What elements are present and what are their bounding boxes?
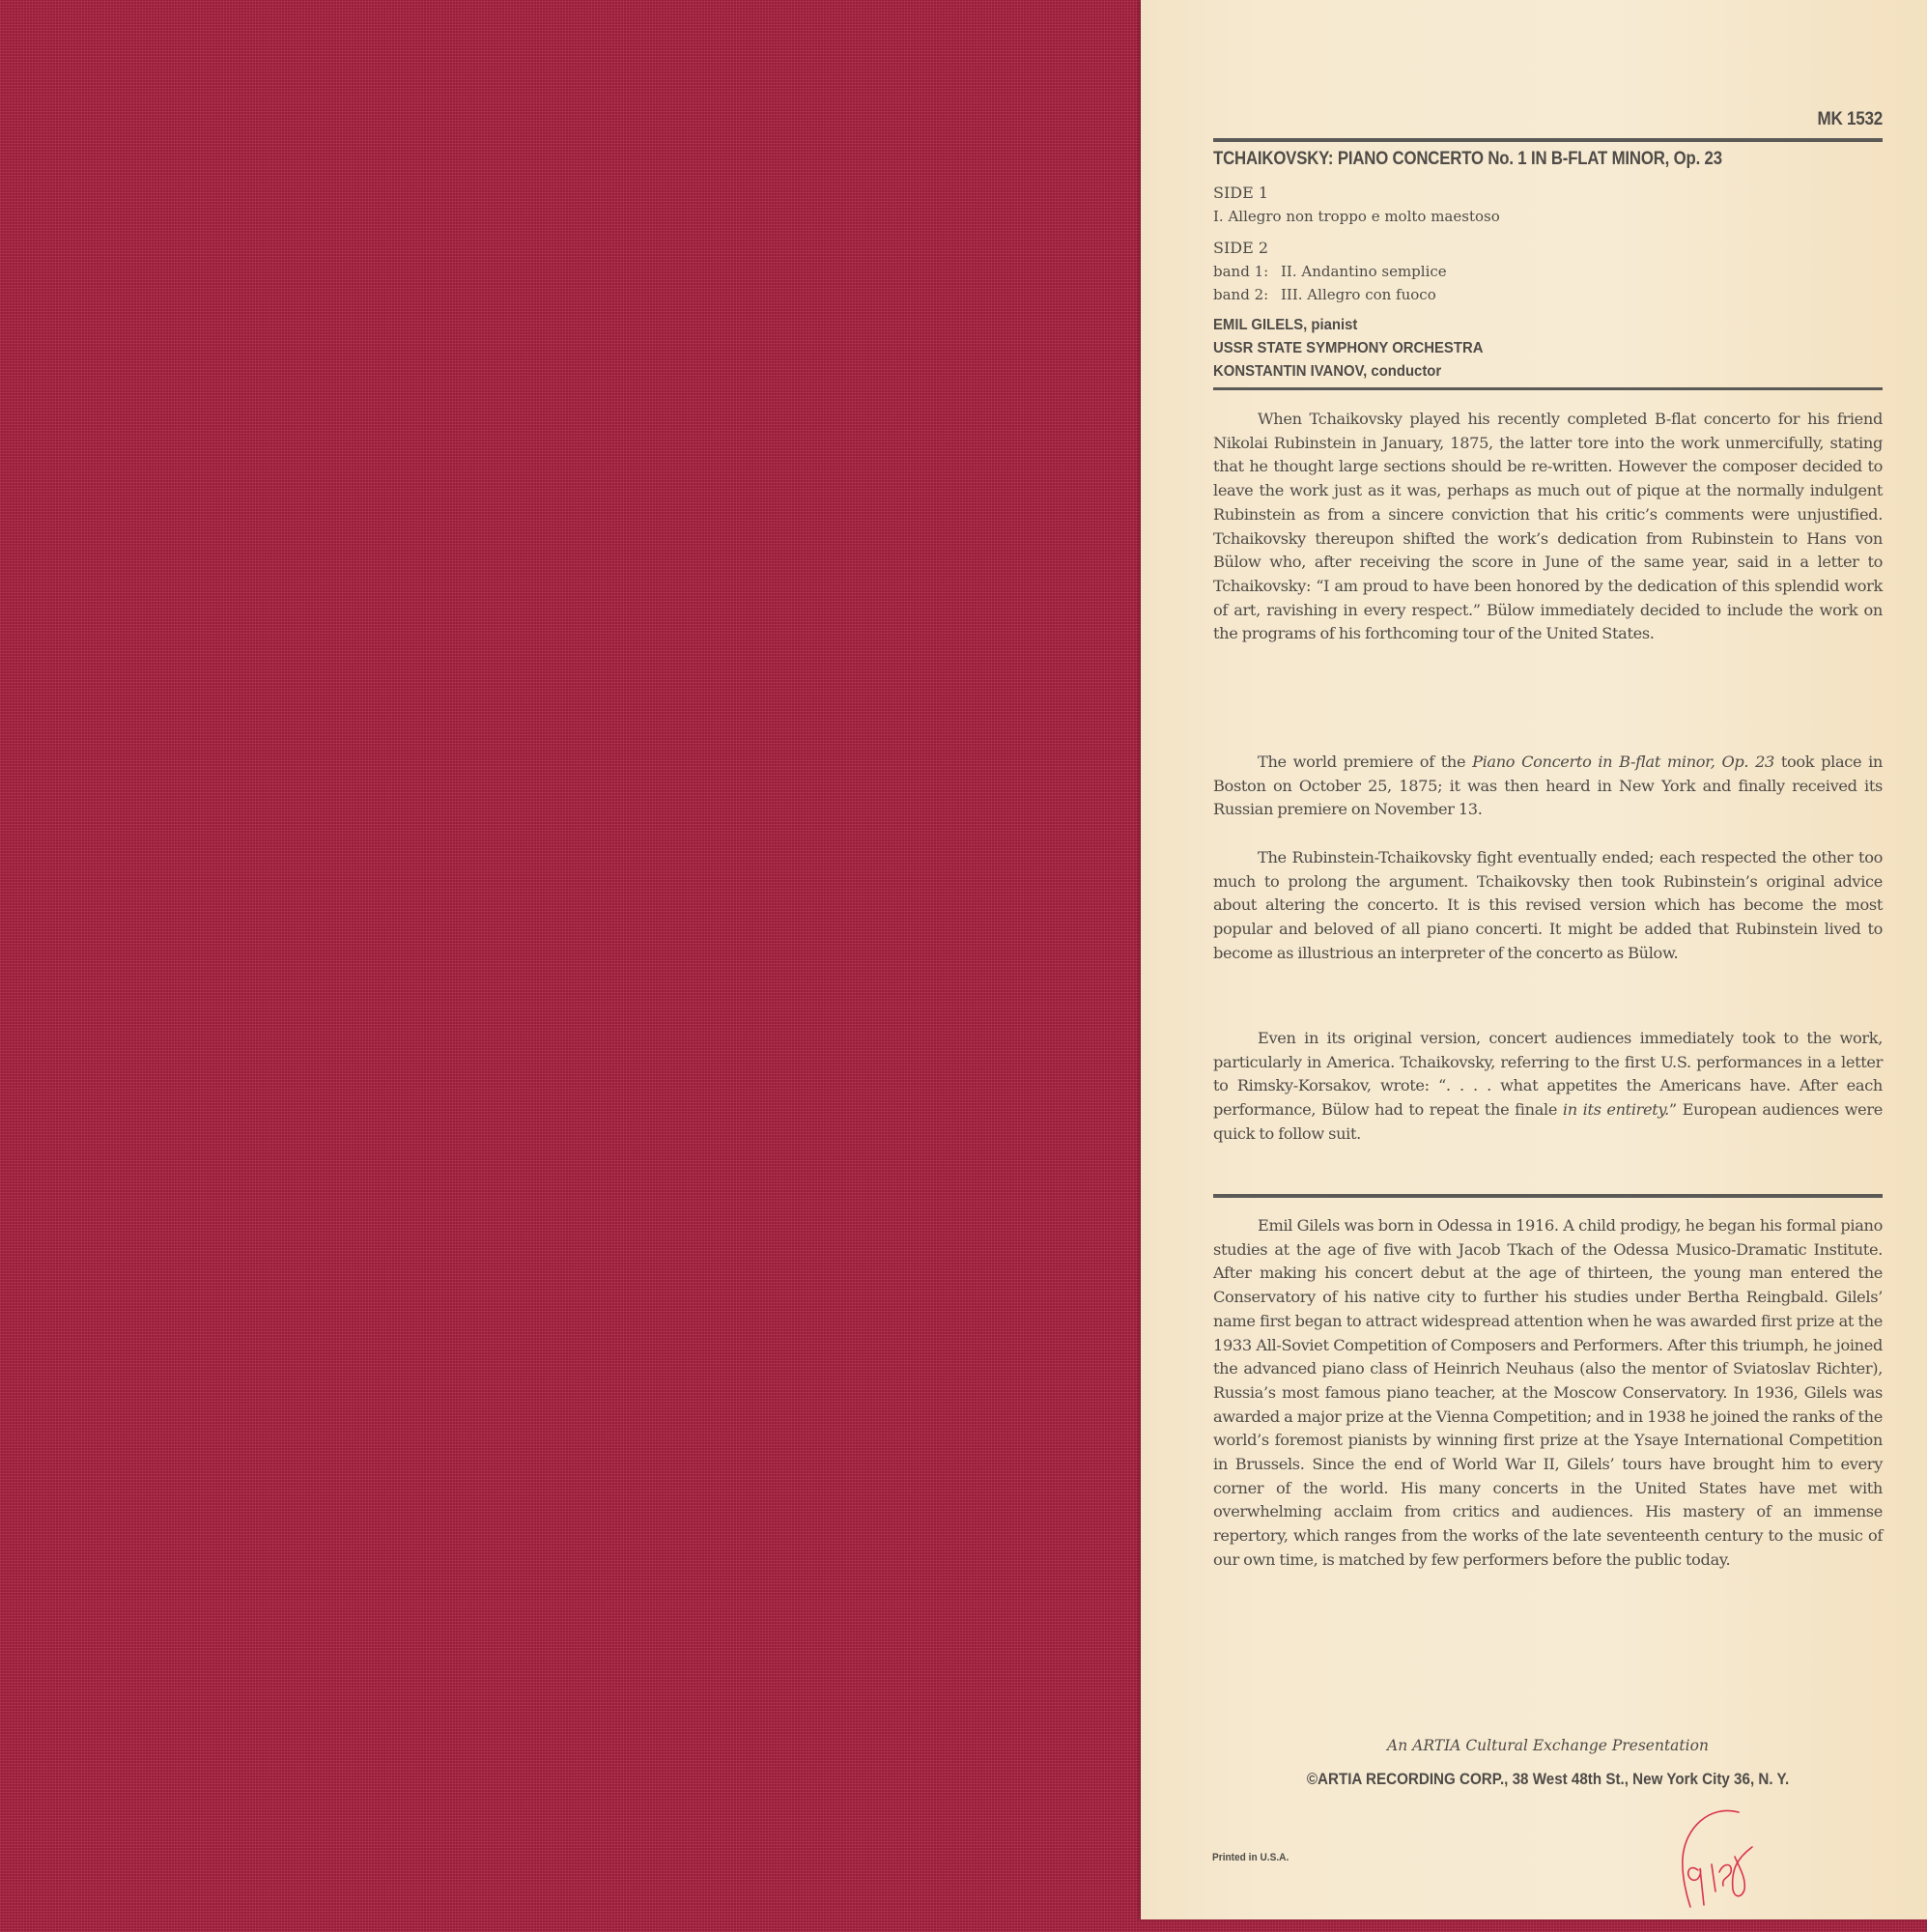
handwritten-pencil-mark-icon: [1681, 1808, 1758, 1915]
movement: II. Andantino semplice: [1281, 263, 1447, 280]
credit-conductor: KONSTANTIN IVANOV, conductor: [1213, 360, 1483, 384]
notes-paragraph-4: Even in its original version, concert au…: [1213, 1027, 1883, 1147]
emphasis-italic: in its entirety.: [1563, 1100, 1669, 1119]
notes-paragraph-3: The Rubinstein-Tchaikovsky fight eventua…: [1213, 846, 1883, 966]
notes-paragraph-1: When Tchaikovsky played his recently com…: [1213, 408, 1883, 646]
credit-orchestra: USSR STATE SYMPHONY ORCHESTRA: [1213, 337, 1483, 360]
liner-notes-sheet: MK 1532 TCHAIKOVSKY: PIANO CONCERTO No. …: [1141, 0, 1927, 1919]
band-number: band 2:: [1213, 283, 1281, 306]
track-item: band 2:III. Allegro con fuoco: [1213, 283, 1503, 306]
credit-soloist: EMIL GILELS, pianist: [1213, 314, 1483, 337]
notes-paragraph-2: The world premiere of the Piano Concerto…: [1213, 751, 1883, 822]
divider-top: [1213, 138, 1883, 142]
copyright-line: ©ARTIA RECORDING CORP., 38 West 48th St.…: [1240, 1771, 1856, 1789]
track-item: I. Allegro non troppo e molto maestoso: [1213, 205, 1503, 228]
divider-bottom: [1213, 1194, 1883, 1198]
track-item: band 1:II. Andantino semplice: [1213, 260, 1503, 283]
red-cloth-cover: [0, 0, 1141, 1932]
artist-biography: Emil Gilels was born in Odessa in 1916. …: [1213, 1214, 1883, 1573]
band-number: band 1:: [1213, 260, 1281, 283]
work-title-italic: Piano Concerto in B-flat minor, Op. 23: [1472, 753, 1774, 771]
album-title: TCHAIKOVSKY: PIANO CONCERTO No. 1 IN B-F…: [1213, 148, 1789, 170]
divider-middle: [1213, 387, 1883, 390]
tracklist: SIDE 1 I. Allegro non troppo e molto mae…: [1213, 180, 1503, 384]
side-1-label: SIDE 1: [1213, 182, 1503, 205]
catalog-number: MK 1532: [1818, 109, 1884, 130]
presenter-line: An ARTIA Cultural Exchange Presentation: [1213, 1737, 1883, 1754]
side-2-label: SIDE 2: [1213, 237, 1503, 260]
printed-in-label: Printed in U.S.A.: [1212, 1852, 1289, 1863]
movement: III. Allegro con fuoco: [1281, 286, 1436, 303]
performer-credits: EMIL GILELS, pianist USSR STATE SYMPHONY…: [1213, 314, 1483, 384]
